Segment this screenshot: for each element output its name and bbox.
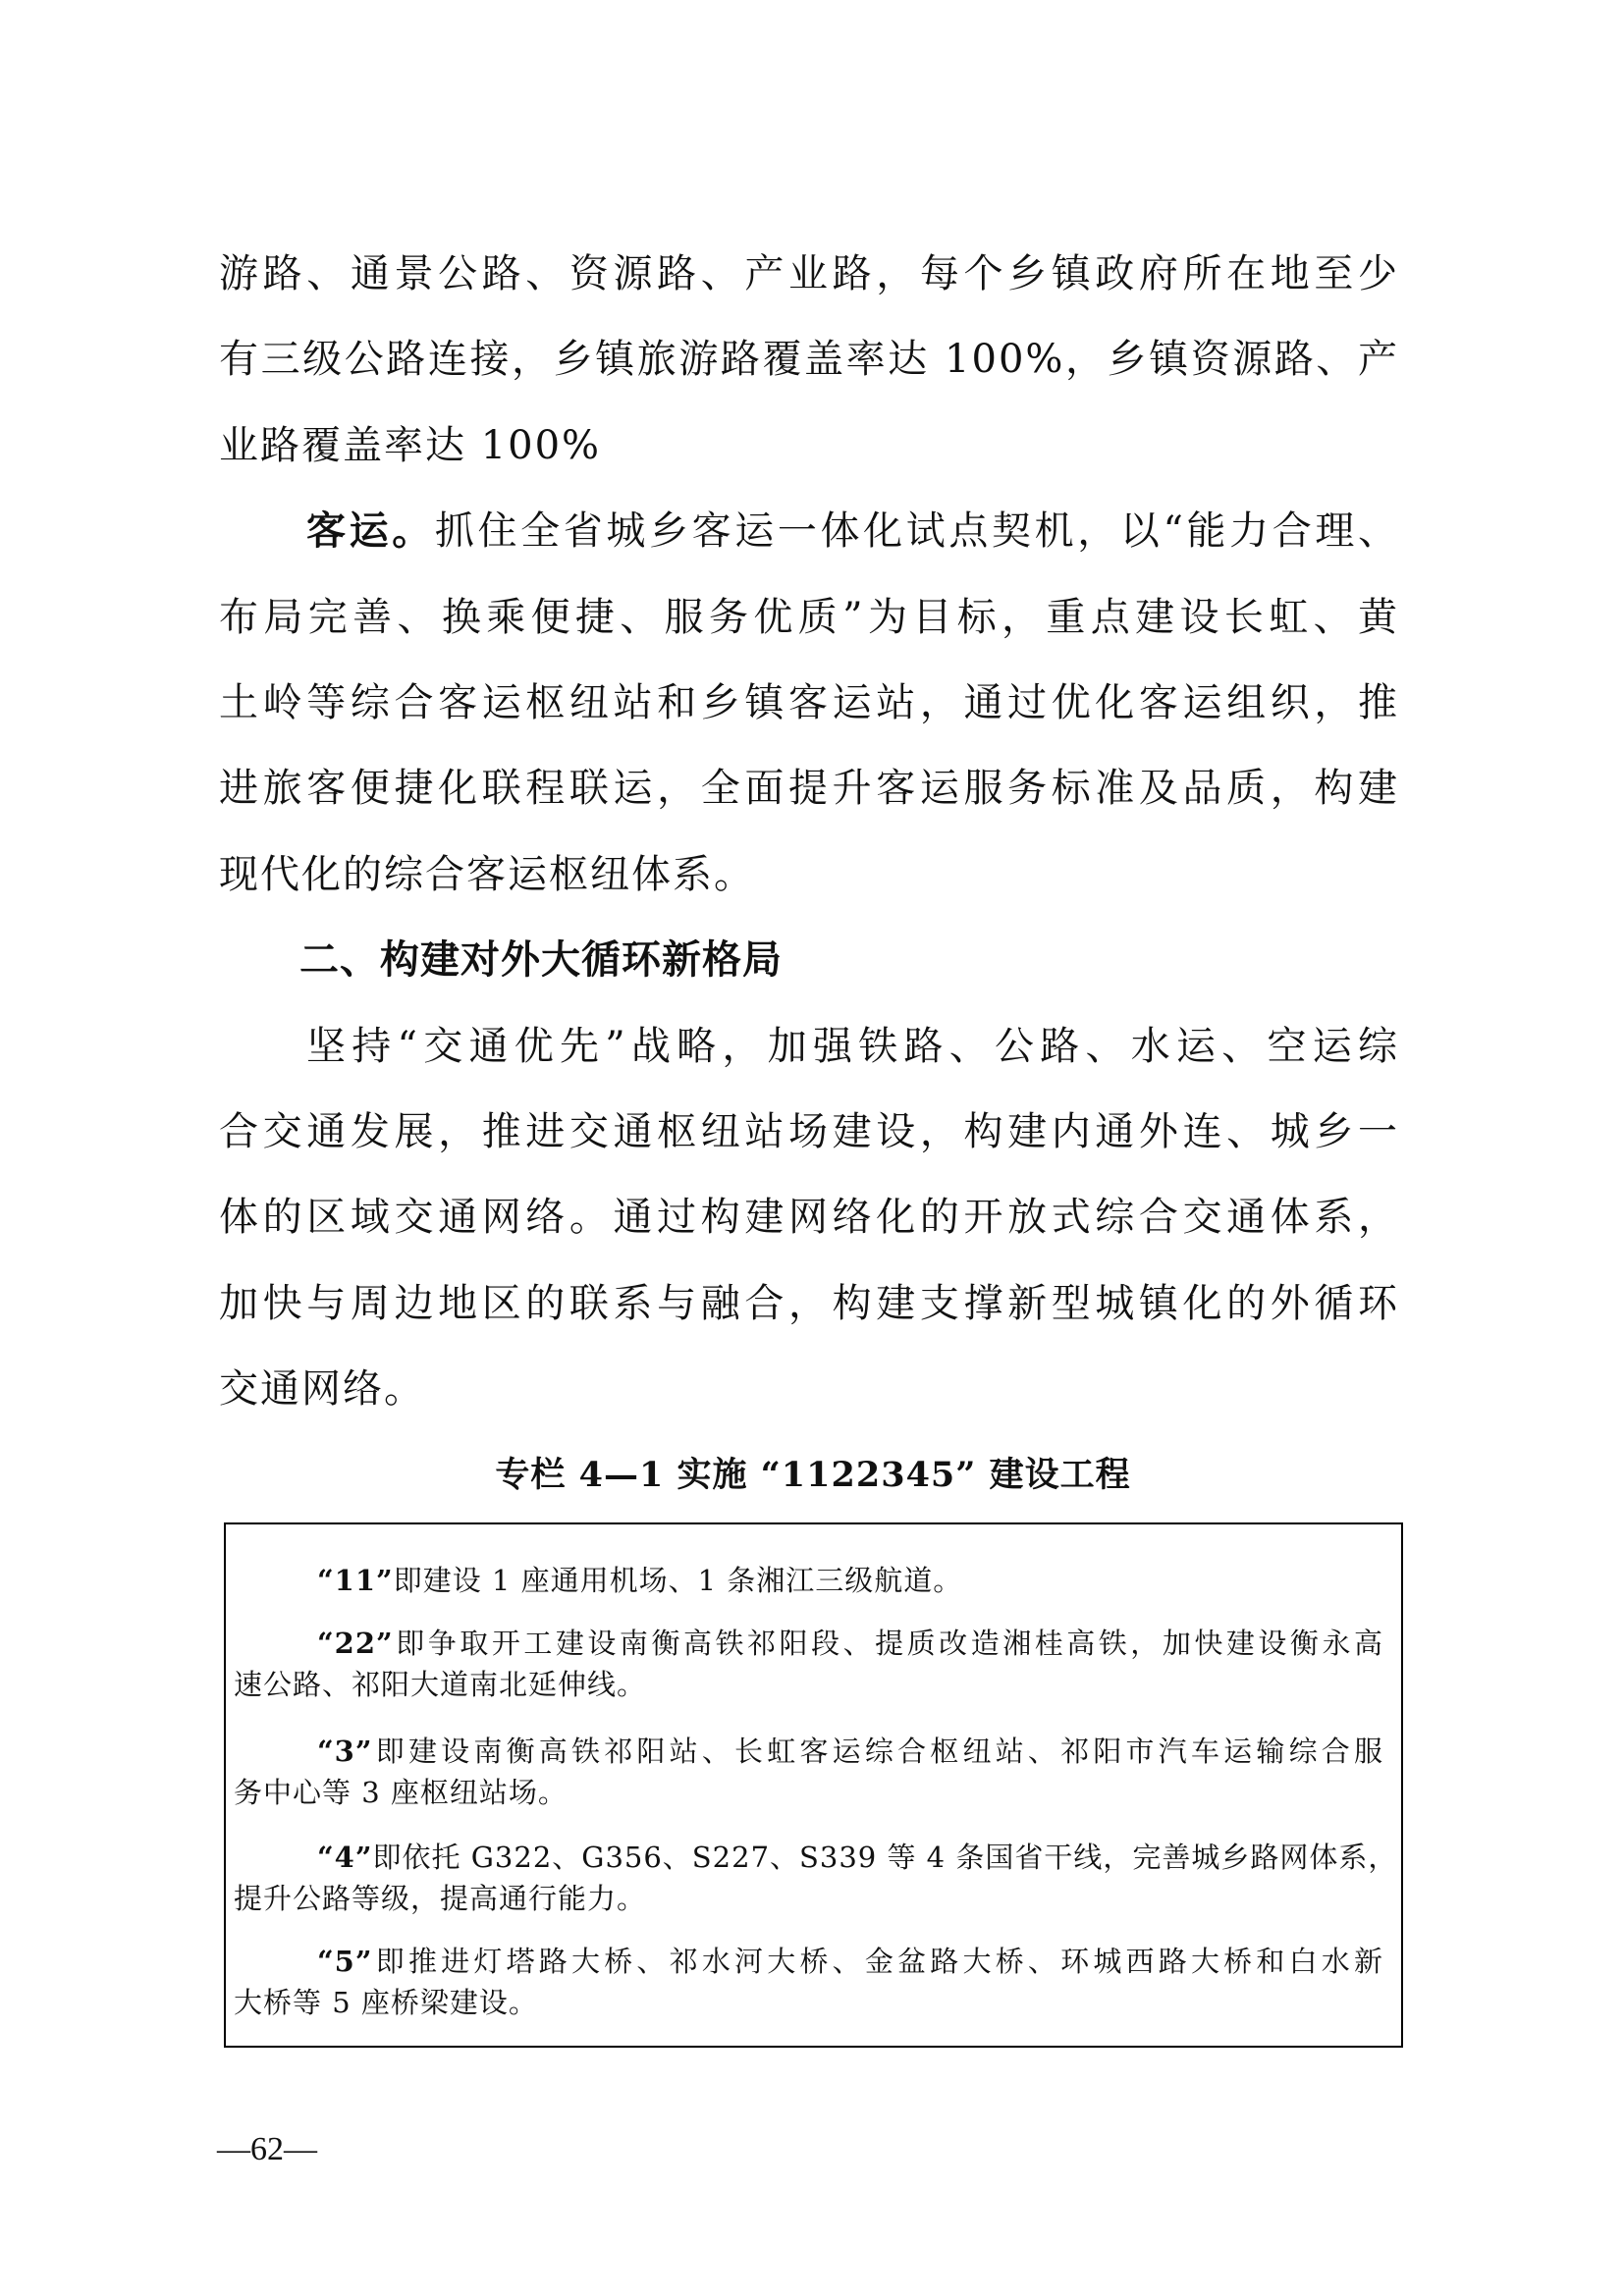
item-key: “5” (317, 1945, 373, 1978)
body-line: 游路、通景公路、资源路、产业路，每个乡镇政府所在地至少 (219, 244, 1399, 303)
item-text: 即依托 G322、G356、S227、S339 等 4 条国省干线，完善城乡路网… (373, 1841, 1398, 1874)
item-text: 即推进灯塔路大桥、祁水河大桥、金盆路大桥、环城西路大桥和白水新 (373, 1945, 1383, 1978)
body-line: 业路覆盖率达 100% (219, 416, 1399, 475)
box-item-4: “4”即依托 G322、G356、S227、S339 等 4 条国省干线，完善城… (317, 1838, 1383, 1877)
box-item-3-cont: 务中心等 3 座枢纽站场。 (234, 1773, 1383, 1812)
box-item-11: “11”即建设 1 座通用机场、1 条湘江三级航道。 (317, 1561, 1383, 1600)
body-line: 合交通发展，推进交通枢纽站场建设，构建内通外连、城乡一 (219, 1102, 1399, 1161)
box-item-5-cont: 大桥等 5 座桥梁建设。 (234, 1983, 1383, 2022)
paragraph-lead: 客运。 (306, 508, 435, 554)
item-text: 即争取开工建设南衡高铁祁阳段、提质改造湘桂高铁，加快建设衡永高 (394, 1627, 1383, 1660)
box-title: 专栏 4—1 实施 “1122345” 建设工程 (224, 1451, 1402, 1500)
box-item-4-cont: 提升公路等级，提高通行能力。 (234, 1879, 1383, 1918)
document-page: 游路、通景公路、资源路、产业路，每个乡镇政府所在地至少 有三级公路连接，乡镇旅游… (0, 0, 1624, 2296)
body-line: 交通网络。 (219, 1360, 1399, 1418)
body-line-with-lead: 客运。抓住全省城乡客运一体化试点契机，以“能力合理、 (306, 502, 1399, 561)
body-line: 进旅客便捷化联程联运，全面提升客运服务标准及品质，构建 (219, 759, 1399, 818)
paragraph-text: 抓住全省城乡客运一体化试点契机，以“能力合理、 (435, 508, 1399, 554)
body-line: 有三级公路连接，乡镇旅游路覆盖率达 100%，乡镇资源路、产 (219, 330, 1399, 389)
box-item-22-cont: 速公路、祁阳大道南北延伸线。 (234, 1665, 1383, 1704)
body-line: 坚持“交通优先”战略，加强铁路、公路、水运、空运综 (306, 1017, 1399, 1076)
item-text: 即建设南衡高铁祁阳站、长虹客运综合枢纽站、祁阳市汽车运输综合服 (373, 1735, 1383, 1768)
body-line: 现代化的综合客运枢纽体系。 (219, 845, 1399, 904)
item-key: “3” (317, 1735, 373, 1768)
body-line: 布局完善、换乘便捷、服务优质”为目标，重点建设长虹、黄 (219, 588, 1399, 647)
item-key: “11” (317, 1564, 394, 1597)
item-key: “22” (317, 1627, 394, 1660)
item-key: “4” (317, 1841, 373, 1874)
section-heading: 二、构建对外大循环新格局 (299, 931, 783, 989)
box-item-3: “3”即建设南衡高铁祁阳站、长虹客运综合枢纽站、祁阳市汽车运输综合服 (317, 1732, 1383, 1771)
box-item-22: “22”即争取开工建设南衡高铁祁阳段、提质改造湘桂高铁，加快建设衡永高 (317, 1624, 1383, 1663)
body-line: 土岭等综合客运枢纽站和乡镇客运站，通过优化客运组织，推 (219, 673, 1399, 732)
body-line: 体的区域交通网络。通过构建网络化的开放式综合交通体系， (219, 1188, 1399, 1247)
item-text: 即建设 1 座通用机场、1 条湘江三级航道。 (394, 1564, 963, 1597)
page-number: —62— (217, 2128, 317, 2171)
box-item-5: “5”即推进灯塔路大桥、祁水河大桥、金盆路大桥、环城西路大桥和白水新 (317, 1942, 1383, 1981)
body-line: 加快与周边地区的联系与融合，构建支撑新型城镇化的外循环 (219, 1274, 1399, 1333)
